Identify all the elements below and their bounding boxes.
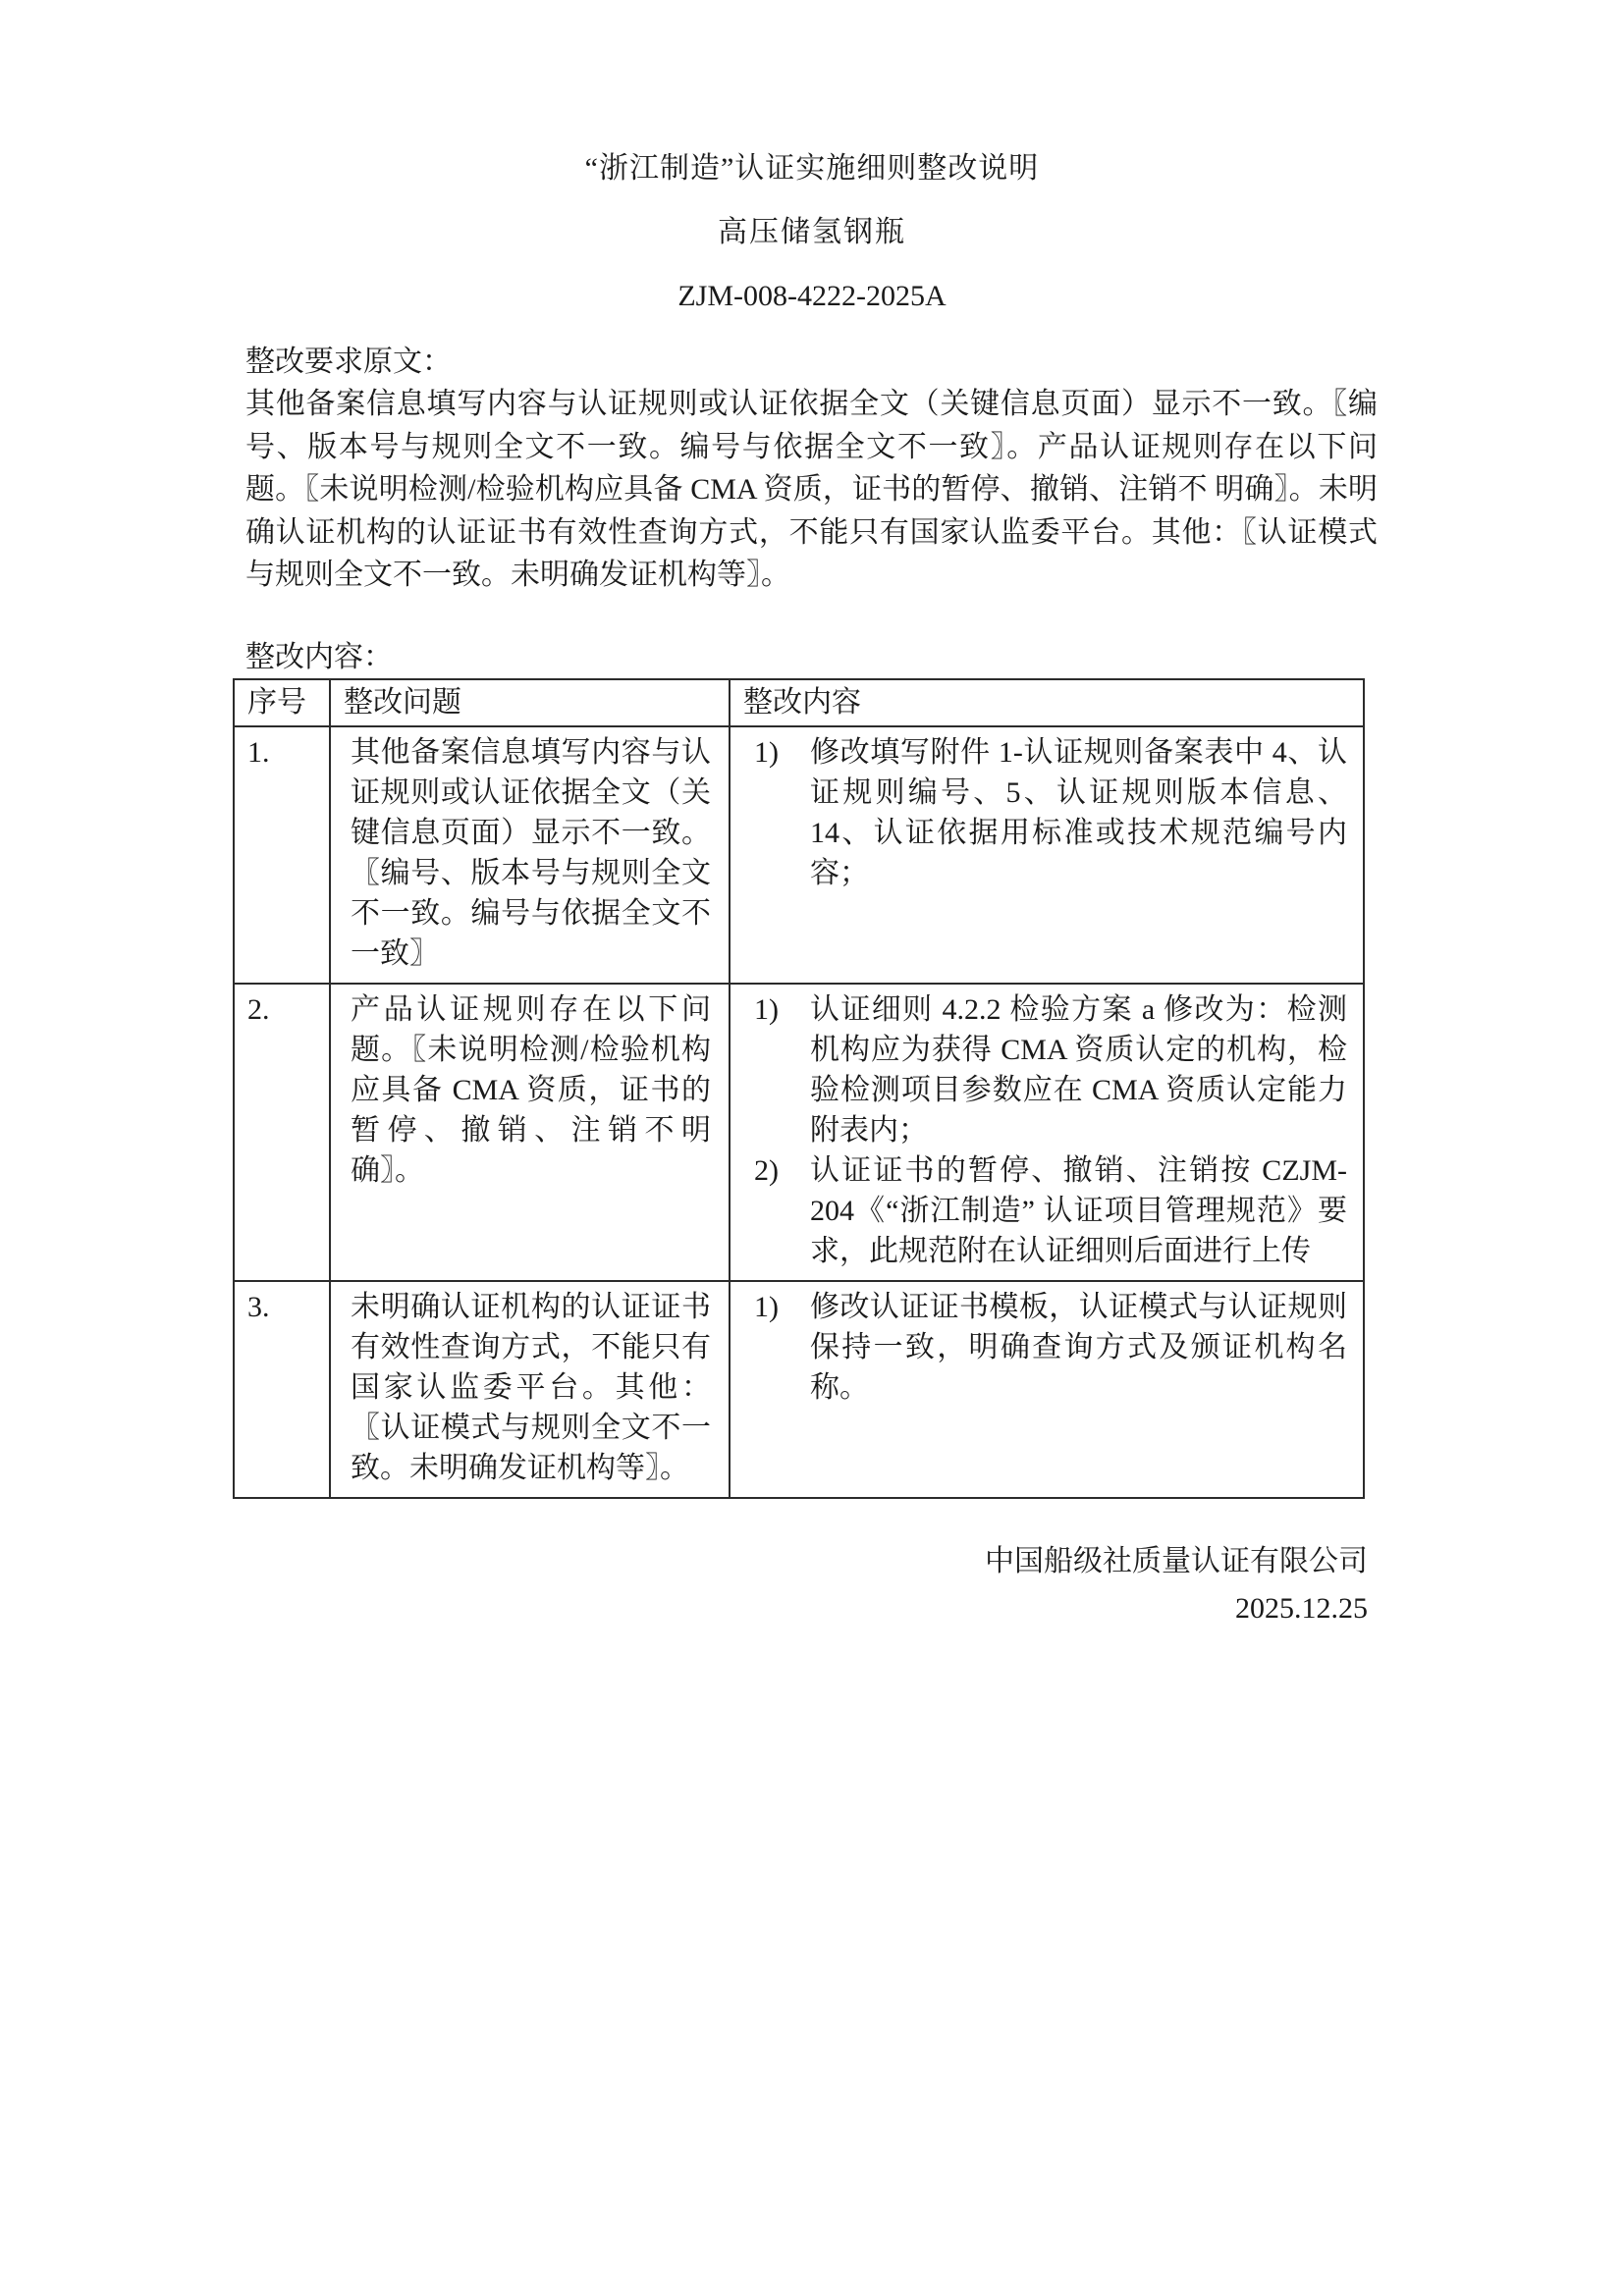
row-number: 1. — [234, 726, 330, 984]
list-marker: 1) — [754, 1287, 810, 1327]
original-request-paragraph: 其他备案信息填写内容与认证规则或认证依据全文（关键信息页面）显示不一致。〖编号、… — [245, 383, 1378, 597]
list-item: 2) 认证证书的暂停、撤销、注销按 CZJM-204《“浙江制造” 认证项目管理… — [754, 1150, 1347, 1271]
rectification-table: 序号 整改问题 整改内容 1. 其他备案信息填写内容与认证规则或认证依据全文（关… — [233, 678, 1365, 1499]
list-marker: 1) — [754, 989, 810, 1030]
document-page: “浙江制造”认证实施细则整改说明 高压储氢钢瓶 ZJM-008-4222-202… — [0, 0, 1624, 2296]
company-name: 中国船级社质量认证有限公司 — [0, 1546, 1368, 1576]
doc-date: 2025.12.25 — [0, 1593, 1368, 1624]
col-header-no: 序号 — [234, 679, 330, 726]
list-item-text: 认证细则 4.2.2 检验方案 a 修改为：检测机构应为获得 CMA 资质认定的… — [810, 989, 1347, 1150]
list-item-text: 认证证书的暂停、撤销、注销按 CZJM-204《“浙江制造” 认证项目管理规范》… — [810, 1150, 1347, 1271]
list-marker: 2) — [754, 1150, 810, 1191]
section-heading-original-request: 整改要求原文： — [245, 341, 1378, 383]
body-text-block: 整改要求原文： 其他备案信息填写内容与认证规则或认证依据全文（关键信息页面）显示… — [245, 341, 1378, 678]
row-number: 2. — [234, 984, 330, 1281]
problem-cell: 未明确认证机构的认证证书有效性查询方式，不能只有国家认监委平台。其他：〖认证模式… — [330, 1281, 730, 1498]
col-header-content: 整改内容 — [730, 679, 1364, 726]
content-cell: 1) 认证细则 4.2.2 检验方案 a 修改为：检测机构应为获得 CMA 资质… — [730, 984, 1364, 1281]
doc-title: “浙江制造”认证实施细则整改说明 — [0, 153, 1624, 185]
col-header-problem: 整改问题 — [330, 679, 730, 726]
problem-cell: 产品认证规则存在以下问题。〖未说明检测/检验机构应具备 CMA 资质，证书的暂停… — [330, 984, 730, 1281]
list-item-text: 修改填写附件 1-认证规则备案表中 4、认证规则编号、5、认证规则版本信息、14… — [810, 732, 1347, 893]
table-row: 1. 其他备案信息填写内容与认证规则或认证依据全文（关键信息页面）显示不一致。〖… — [234, 726, 1364, 984]
problem-cell: 其他备案信息填写内容与认证规则或认证依据全文（关键信息页面）显示不一致。〖编号、… — [330, 726, 730, 984]
list-marker: 1) — [754, 732, 810, 773]
section-heading-rectification: 整改内容： — [245, 636, 1378, 678]
list-item: 1) 修改认证证书模板，认证模式与认证规则保持一致，明确查询方式及颁证机构名称。 — [754, 1287, 1347, 1408]
list-item-text: 修改认证证书模板，认证模式与认证规则保持一致，明确查询方式及颁证机构名称。 — [810, 1287, 1347, 1408]
content-cell: 1) 修改填写附件 1-认证规则备案表中 4、认证规则编号、5、认证规则版本信息… — [730, 726, 1364, 984]
doc-code: ZJM-008-4222-2025A — [0, 281, 1624, 312]
table-row: 2. 产品认证规则存在以下问题。〖未说明检测/检验机构应具备 CMA 资质，证书… — [234, 984, 1364, 1281]
table-row: 3. 未明确认证机构的认证证书有效性查询方式，不能只有国家认监委平台。其他：〖认… — [234, 1281, 1364, 1498]
list-item: 1) 修改填写附件 1-认证规则备案表中 4、认证规则编号、5、认证规则版本信息… — [754, 732, 1347, 893]
row-number: 3. — [234, 1281, 330, 1498]
content-cell: 1) 修改认证证书模板，认证模式与认证规则保持一致，明确查询方式及颁证机构名称。 — [730, 1281, 1364, 1498]
table-header-row: 序号 整改问题 整改内容 — [234, 679, 1364, 726]
title-block: “浙江制造”认证实施细则整改说明 高压储氢钢瓶 ZJM-008-4222-202… — [0, 0, 1624, 312]
list-item: 1) 认证细则 4.2.2 检验方案 a 修改为：检测机构应为获得 CMA 资质… — [754, 989, 1347, 1150]
signature-block: 中国船级社质量认证有限公司 2025.12.25 — [0, 1546, 1368, 1624]
doc-product-name: 高压储氢钢瓶 — [0, 217, 1624, 248]
